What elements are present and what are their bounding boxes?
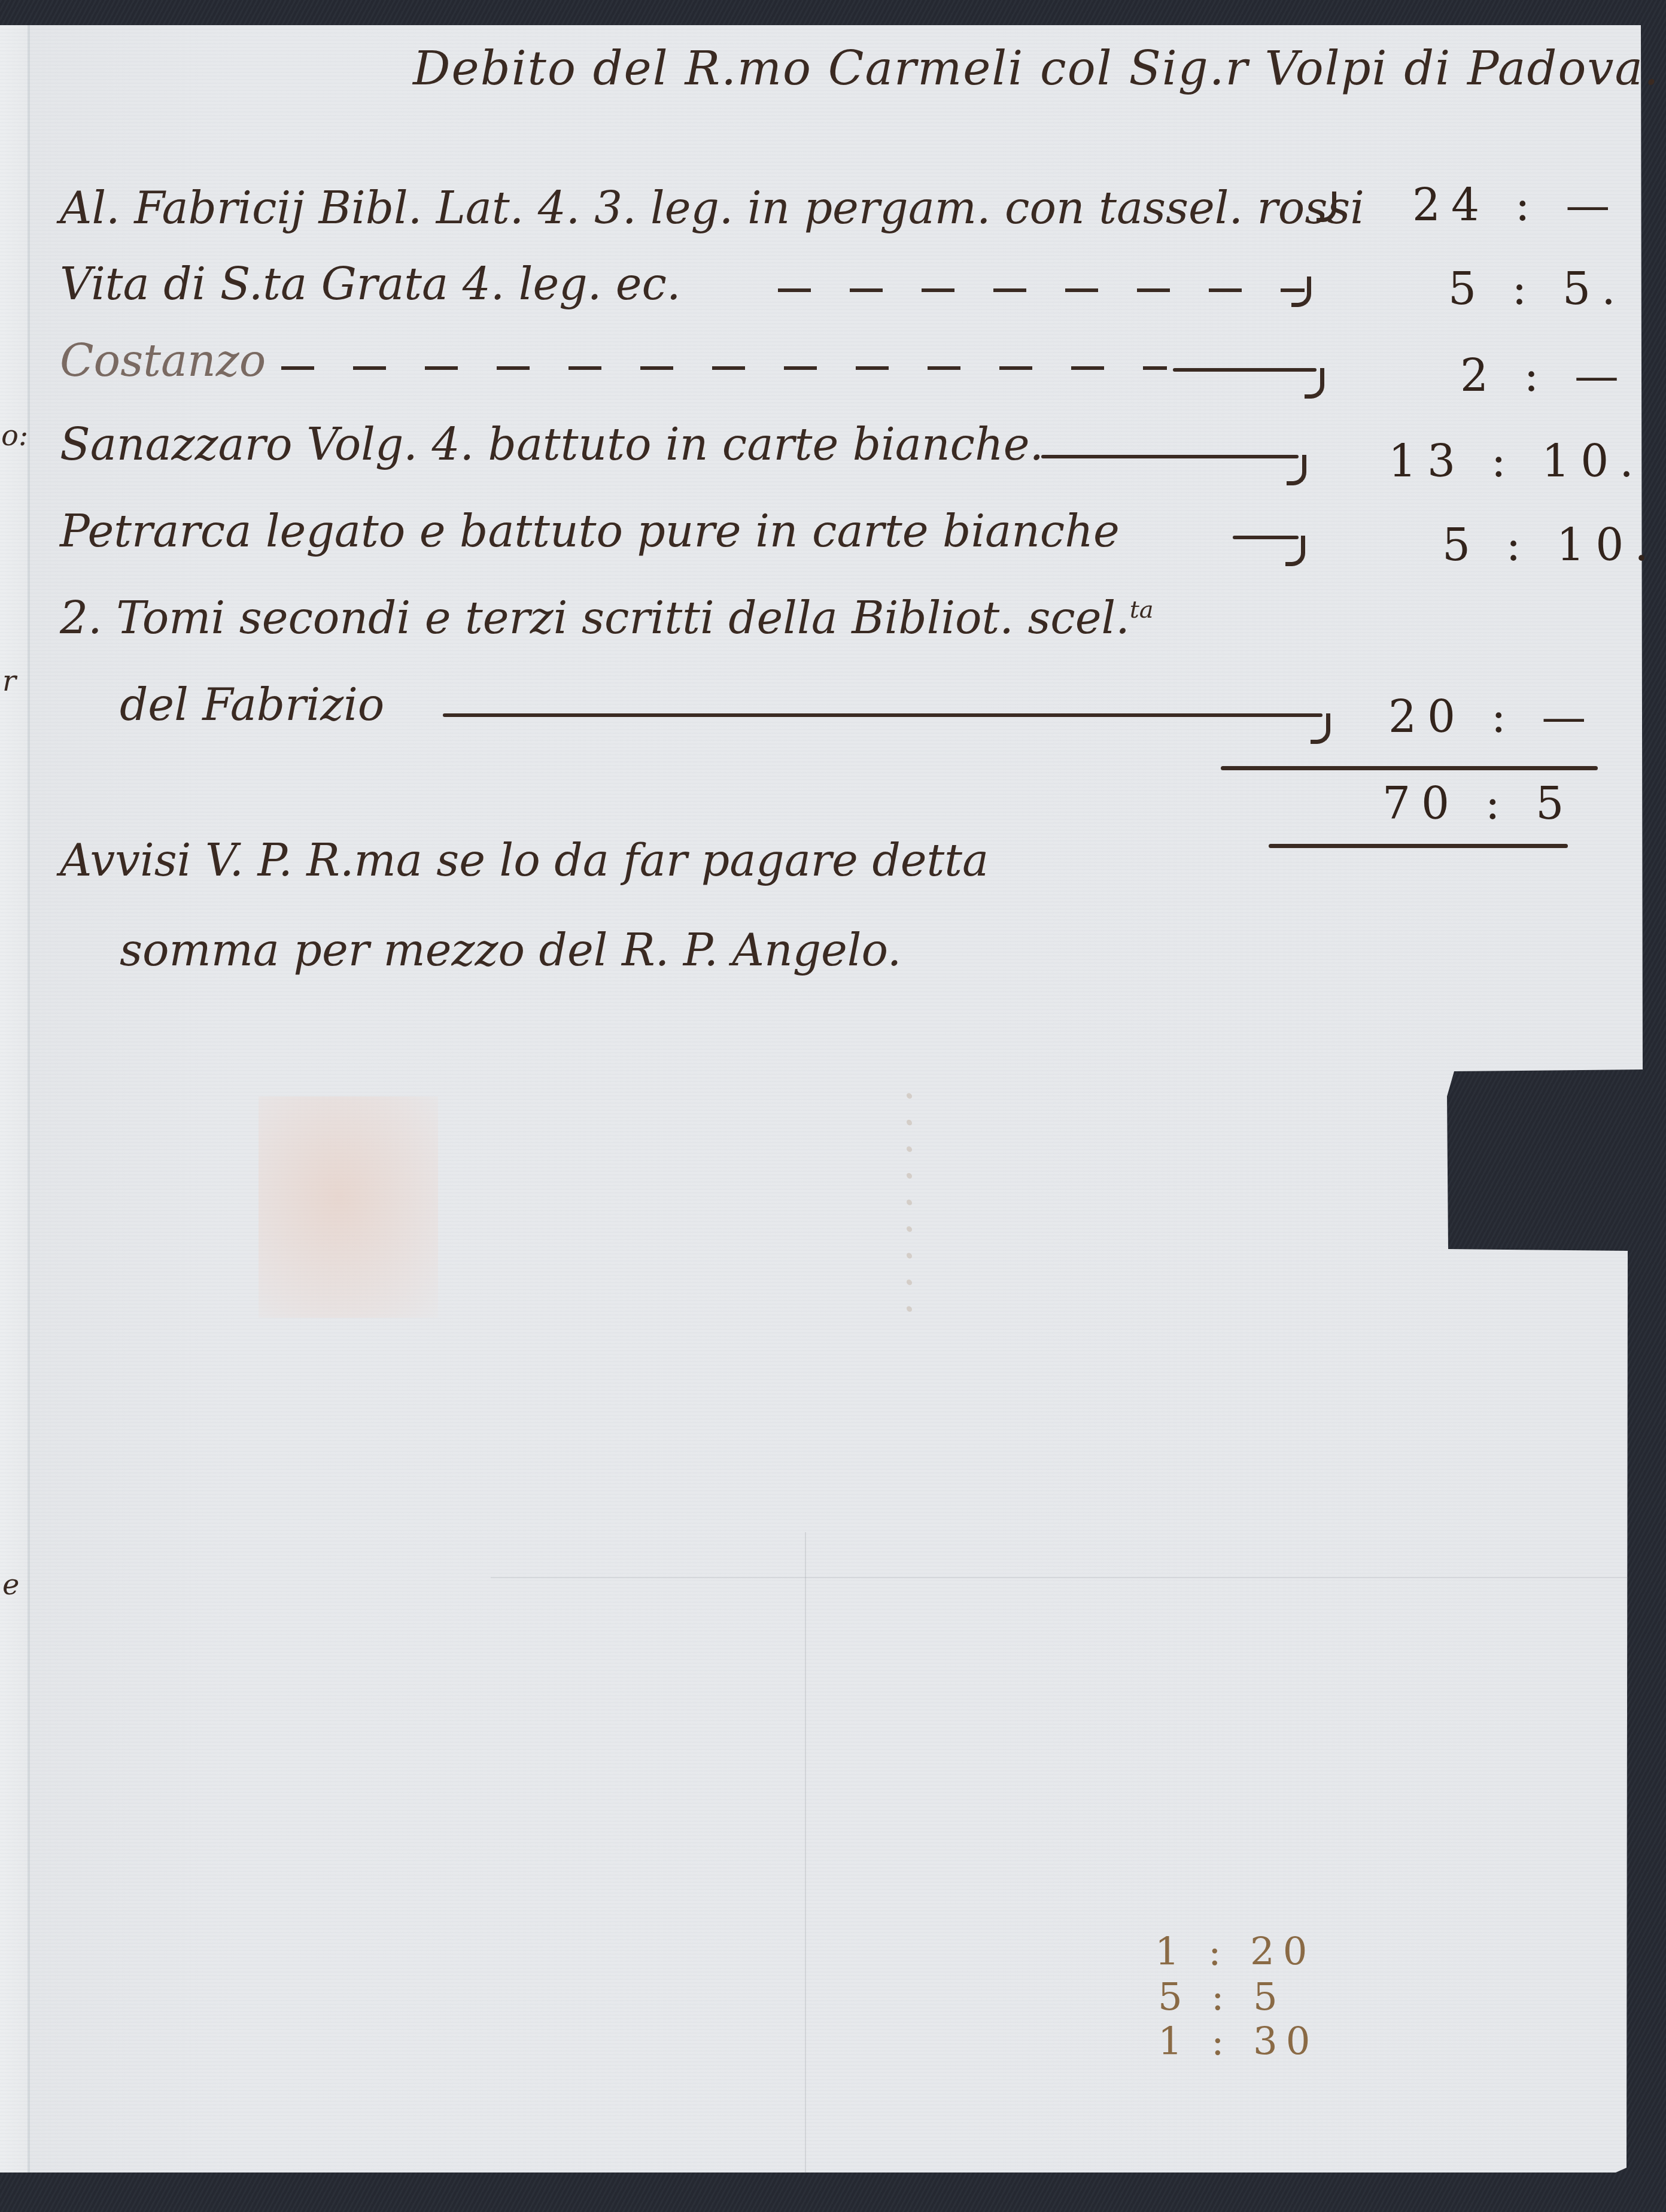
entry-amount: 2 : —	[1460, 350, 1629, 402]
entry-superscript: ta	[1130, 596, 1154, 624]
entry-description: Sanazzaro Volg. 4. battuto in carte bian…	[60, 419, 1044, 470]
entry-description-text: 2. Tomi secondi e terzi scritti della Bi…	[60, 592, 1130, 644]
entry-amount: 20 : —	[1388, 691, 1597, 743]
pencil-annotation: 1 : 30	[1158, 2020, 1318, 2064]
margin-fragment: o:	[1, 419, 28, 452]
leader-line	[443, 713, 1323, 717]
margin-fragment: r	[2, 664, 16, 698]
entry-continuation: del Fabrizio	[120, 679, 384, 731]
pink-stain	[259, 1096, 438, 1318]
entry-description: Costanzo	[60, 335, 266, 387]
entry-amount: 5 : 10.	[1442, 519, 1659, 571]
entry-description: Vita di S.ta Grata 4. leg. ec.	[60, 259, 680, 310]
leader-dashes	[778, 288, 1305, 292]
closing-note-line1: Avvisi V. P. R.ma se lo da far pagare de…	[60, 835, 989, 886]
entry-amount: 5 : 5.	[1448, 263, 1627, 315]
sum-rule	[1221, 766, 1598, 770]
document-title: Debito del R.mo Carmeli col Sig.r Volpi …	[413, 42, 1660, 96]
closing-note-line2: somma per mezzo del R. P. Angelo.	[120, 925, 901, 976]
entry-amount: 13 : 10.	[1388, 436, 1644, 487]
entry-description: Petrarca legato e battuto pure in carte …	[60, 506, 1120, 557]
total-amount: 70 : 5	[1382, 778, 1574, 829]
total-underline	[1269, 844, 1568, 848]
horizontal-fold-crease	[491, 1577, 1628, 1578]
margin-fragment: e	[2, 1568, 19, 1602]
leader-dashes	[281, 366, 1167, 370]
entry-description: 2. Tomi secondi e terzi scritti della Bi…	[60, 592, 1154, 644]
left-fold-line	[28, 25, 30, 2172]
entry-description: Al. Fabricij Bibl. Lat. 4. 3. leg. in pe…	[60, 183, 1364, 234]
leader-line	[1041, 455, 1299, 458]
pencil-annotation: 5 : 5	[1158, 1975, 1286, 2019]
bleed-through-text: · · · · · · · · ·	[884, 1089, 934, 1315]
pencil-annotation: 1 : 20	[1155, 1930, 1315, 1974]
entry-amount: 24 : —	[1412, 180, 1621, 231]
leader-line	[1173, 368, 1317, 372]
vertical-fold-crease	[805, 1532, 806, 2172]
